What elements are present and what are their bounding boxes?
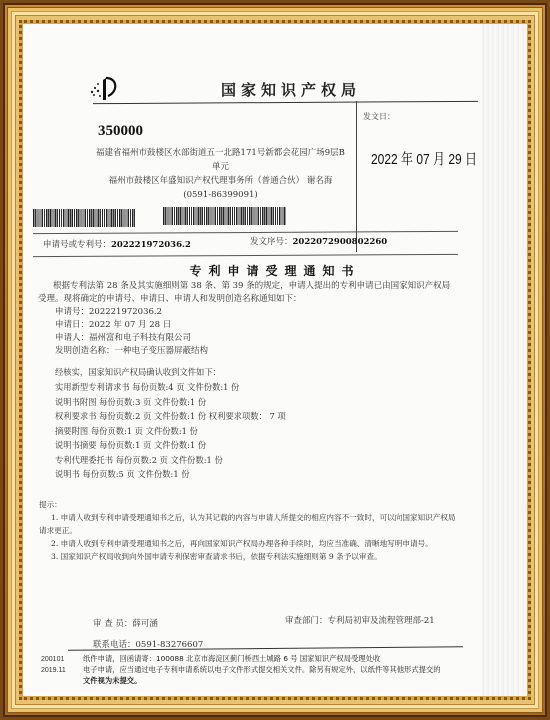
tips-heading: 提示： <box>39 498 479 511</box>
department-name: 专利局初审及流程管理部-21 <box>328 616 435 626</box>
intro-line: 受理。现将确定的申请号、申请日、申请人和发明创造名称通知如下： <box>38 293 483 306</box>
footer-line: 文件视为未提交。 <box>83 675 441 686</box>
decorative-frame: 国家知识产权局 350000 福建省福州市鼓楼区水部街道五一北路171号新都会花… <box>0 0 550 720</box>
document-item: 实用新型专利请求书 每份页数:4 页 文件份数:1 份 <box>55 380 286 395</box>
field-application-date: 申请日：2022 年 07 月 28 日 <box>55 319 208 332</box>
barcode-left <box>33 209 135 227</box>
received-documents-list: 实用新型专利请求书 每份页数:4 页 文件份数:1 份 说明书附图 每份页数:3… <box>55 380 286 482</box>
dispatch-serial-label: 发文序号： <box>250 237 293 247</box>
tip-item: 请求更正。 <box>39 524 479 537</box>
dispatch-date: 2022 年 07 月 29 日 <box>371 148 477 169</box>
footer-instructions: 纸件申请，回函请寄：100088 北京市海淀区蓟门桥西土城路 6 号 国家知识产… <box>83 653 441 686</box>
cnipa-logo-icon <box>88 74 124 102</box>
dispatch-serial: 发文序号：2022072900802260 <box>250 235 387 247</box>
department-label: 审查部门： <box>285 616 328 626</box>
address-line: 单元 <box>78 160 363 174</box>
application-number-value: 202221972036.2 <box>111 240 191 250</box>
examiner-name: 薛可涵 <box>132 619 158 629</box>
tip-item: 1. 申请人收到专利申请受理通知书之后，认为其记载的内容与申请人所提交的相应内容… <box>51 511 479 524</box>
notice-document: 国家知识产权局 350000 福建省福州市鼓楼区水部街道五一北路171号新都会花… <box>23 24 527 696</box>
field-invention-title: 发明创造名称：一种电子变压器屏蔽结构 <box>55 345 208 358</box>
document-item: 说明书摘要 每份页数:1 页 文件份数:1 份 <box>55 438 286 453</box>
field-label: 申请日： <box>55 320 89 330</box>
application-fields: 申请号：202221972036.2 申请日：2022 年 07 月 28 日 … <box>55 306 208 358</box>
form-code: 200101 2019.11 <box>41 654 66 676</box>
reference-top-divider <box>33 231 458 234</box>
reference-bottom-divider <box>33 254 458 257</box>
tip-item: 3. 国家知识产权局收到向外国申请专利保密审查请求书后，依据专利法实施细则第 9… <box>51 550 479 563</box>
received-heading: 经核实，国家知识产权局确认收到文件如下： <box>55 365 221 380</box>
document-item: 说明书 每份页数:5 页 文件份数:1 份 <box>55 467 286 482</box>
application-number: 申请号或专利号：202221972036.2 <box>43 238 191 250</box>
examiner-label: 审 查 员： <box>93 619 132 629</box>
document-item: 说明书附图 每份页数:3 页 文件份数:1 份 <box>55 395 286 410</box>
field-value: 2022 年 07 月 28 日 <box>89 320 171 330</box>
document-item: 摘要附图 每份页数:1 页 文件份数:1 份 <box>55 424 286 439</box>
footer-line: 纸件申请，回函请寄：100088 北京市海淀区蓟门桥西土城路 6 号 国家知识产… <box>83 653 441 664</box>
agency-name: 国家知识产权局 <box>221 79 361 100</box>
field-label: 申请人： <box>55 333 89 343</box>
form-code-number: 200101 <box>41 654 66 665</box>
dispatch-date-label: 发文日： <box>363 111 395 122</box>
tips-section: 提示： 1. 申请人收到专利申请受理通知书之后，认为其记载的内容与申请人所提交的… <box>39 498 479 563</box>
document-item: 专利代理委托书 每份页数:2 页 文件份数:1 份 <box>55 453 286 468</box>
recipient-phone: (0591-86399091) <box>78 188 363 202</box>
examining-department: 审查部门：专利局初审及流程管理部-21 <box>285 615 435 628</box>
address-line: 福建省福州市鼓楼区水部街道五一北路171号新都会花园广场9层B <box>78 146 363 160</box>
application-number-label: 申请号或专利号： <box>43 240 111 250</box>
field-application-number: 申请号：202221972036.2 <box>55 306 208 319</box>
intro-line: 根据专利法第 28 条及其实施细则第 38 条、第 39 条的规定，申请人提出的… <box>53 280 483 293</box>
tip-item: 2. 申请人收到专利申请受理通知书之后，再向国家知识产权局办理各种手续时，均应当… <box>51 537 479 550</box>
notice-intro: 根据专利法第 28 条及其实施细则第 38 条、第 39 条的规定，申请人提出的… <box>53 280 483 306</box>
examiner: 审 查 员：薛可涵 <box>93 618 158 631</box>
field-value: 福州富和电子科技有限公司 <box>89 333 191 343</box>
postal-code: 350000 <box>98 123 143 140</box>
notice-title: 专利申请受理通知书 <box>23 262 527 279</box>
field-value: 一种电子变压器屏蔽结构 <box>115 346 209 356</box>
document-item: 权利要求书 每份页数:2 页 文件份数:1 份 权利要求项数： 7 项 <box>55 409 286 424</box>
header-divider <box>93 101 478 104</box>
recipient-address: 福建省福州市鼓楼区水部街道五一北路171号新都会花园广场9层B 单元 福州市鼓楼… <box>78 146 363 202</box>
barcode-right <box>163 207 286 225</box>
form-code-date: 2019.11 <box>41 665 66 676</box>
footer-line: 电子申请，应当通过电子专利申请系统以电子文件形式提交相关文件。除另有规定外，以纸… <box>83 664 441 675</box>
field-label: 发明创造名称： <box>55 346 115 356</box>
agency-line: 福州市鼓楼区年盛知识产权代理事务所（普通合伙） 谢名海 <box>78 174 363 188</box>
field-applicant: 申请人：福州富和电子科技有限公司 <box>55 332 208 345</box>
dispatch-serial-value: 2022072900802260 <box>293 237 388 247</box>
field-value: 202221972036.2 <box>89 307 162 317</box>
field-label: 申请号： <box>55 307 89 317</box>
